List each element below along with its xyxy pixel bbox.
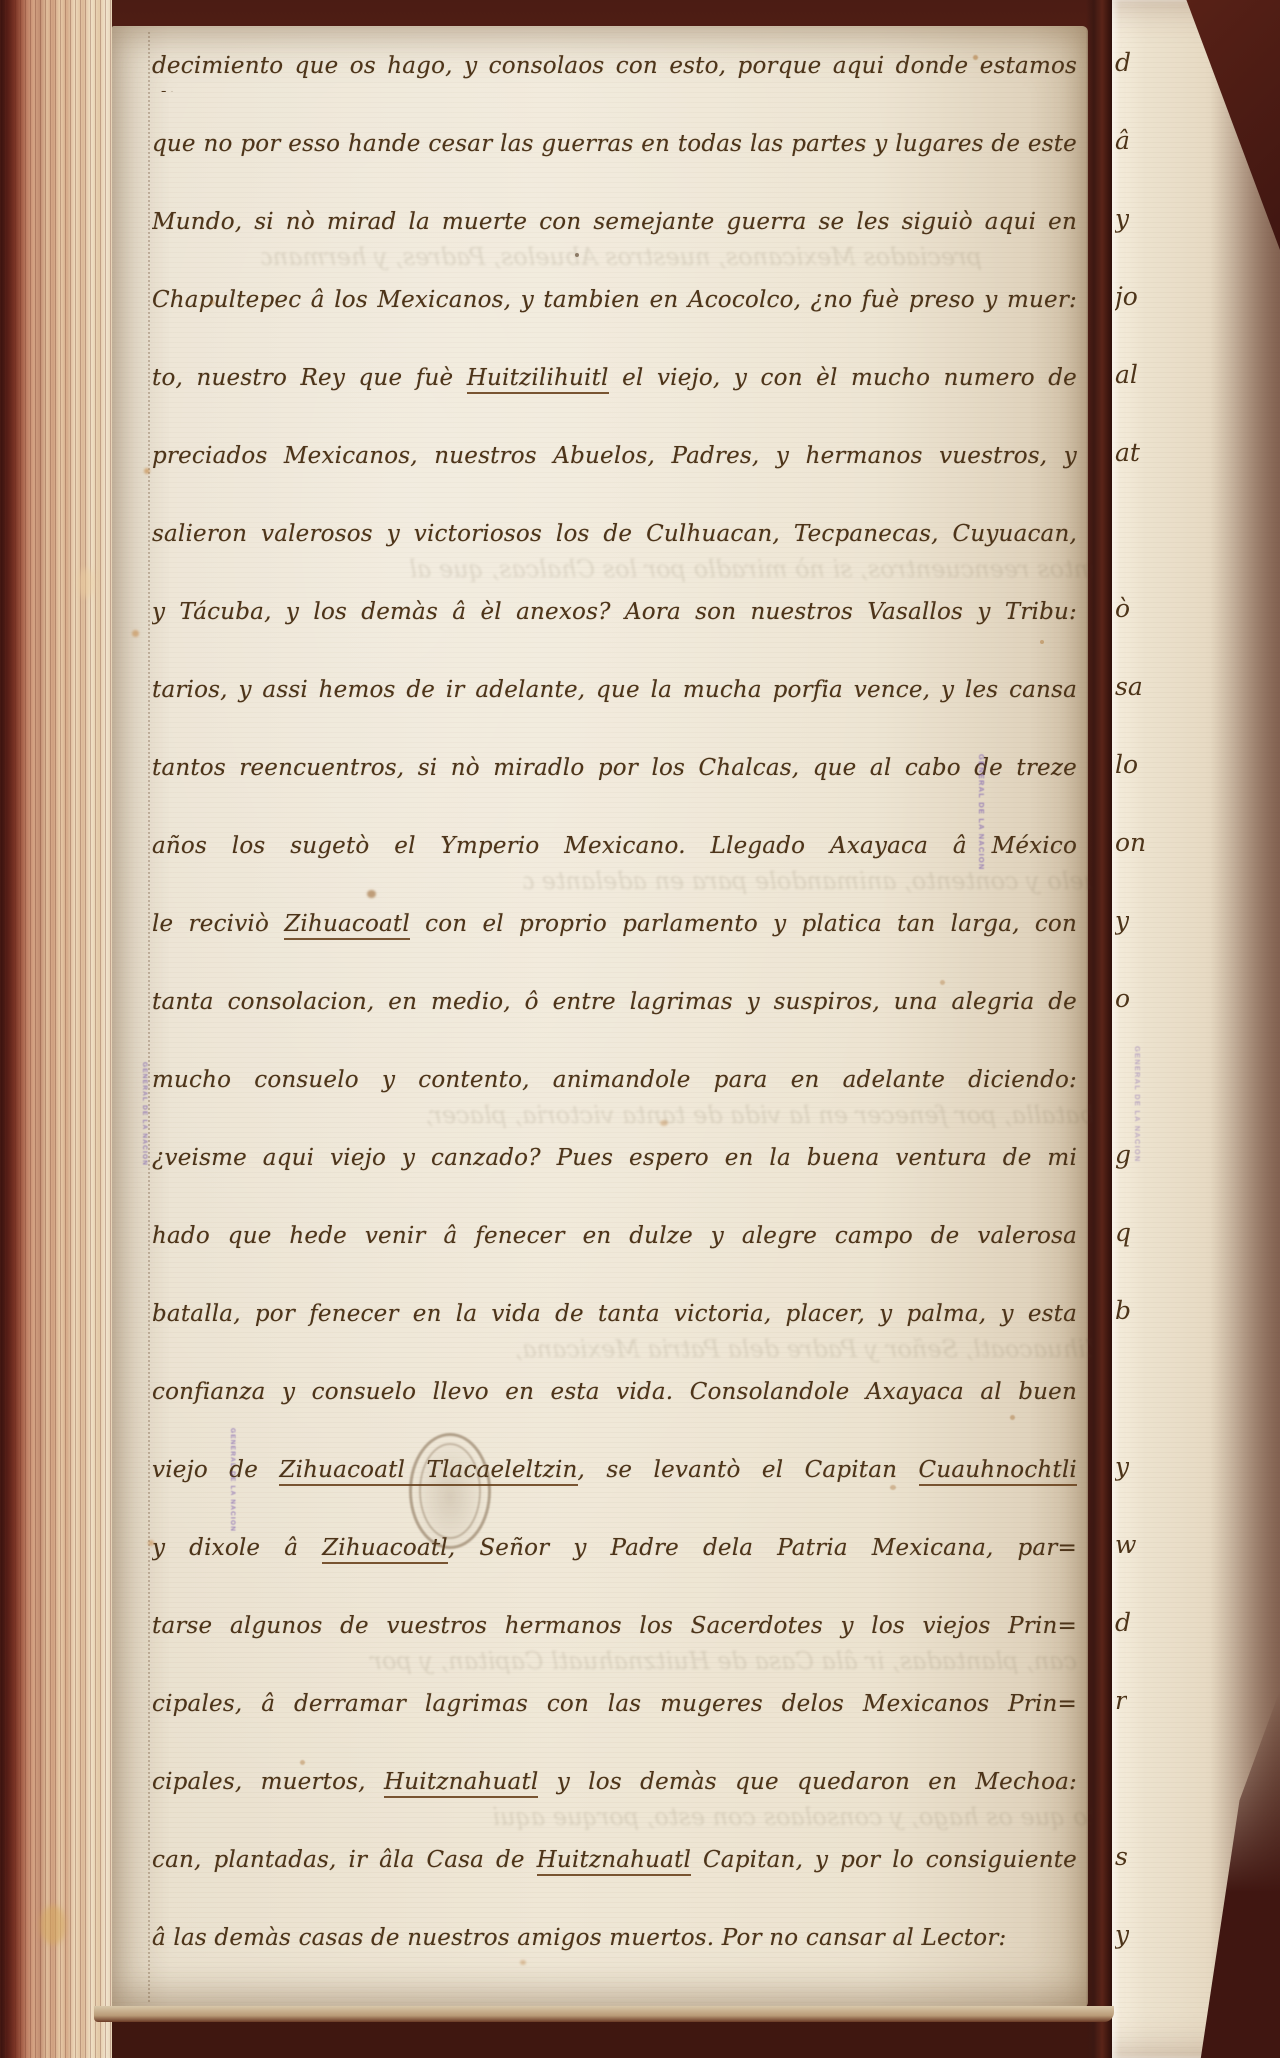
stamp-text: GENERAL DE LA NACION — [977, 754, 986, 871]
page-edge-stain — [40, 1905, 66, 1945]
next-page-line-fragment: lo — [1115, 750, 1138, 790]
ghost-text: can, plantadas, ir âla Casa de Huitznahu… — [357, 1646, 1077, 1680]
next-page-line-fragment: y — [1115, 1920, 1129, 1960]
next-page-line-fragment: ò — [1115, 594, 1130, 634]
next-page-line-fragment: s — [1115, 1842, 1128, 1882]
stamp-text: GENERAL DE LA NACION — [229, 1428, 236, 1532]
next-page-line-fragment: d — [1115, 48, 1131, 88]
manuscript-photo: { "page": { "description_label": "handwr… — [0, 0, 1280, 2058]
next-page-line-fragment: â — [1115, 126, 1130, 166]
ghost-text: preciados Mexicanos, nuestros Abuelos, P… — [262, 242, 982, 276]
manuscript-page: decimiento que os hago, y consolaos con … — [112, 26, 1088, 2008]
next-page-line-fragment: d — [1115, 1608, 1131, 1648]
next-page-line-fragment: b — [1115, 1296, 1131, 1336]
ghost-showthrough: preciados Mexicanos, nuestros Abuelos, P… — [112, 26, 1088, 2008]
next-page-line-fragment: o — [1115, 984, 1130, 1024]
next-page-line-fragment: al — [1115, 360, 1138, 400]
circular-ink-stamp — [409, 1433, 491, 1549]
page-edge-stain — [78, 568, 94, 598]
next-page-line-fragment: w — [1115, 1530, 1136, 1570]
next-page-line-fragment: r — [1115, 1686, 1127, 1726]
next-page-line-fragment: y — [1115, 204, 1129, 244]
purple-archive-stamp: GENERAL DE LA NACION — [229, 1428, 236, 1532]
next-page-line-fragment: on — [1115, 828, 1146, 868]
page-block-bottom-edge — [94, 2006, 1114, 2022]
next-page-line-fragment: y — [1115, 906, 1129, 946]
next-page-line-fragment: sa — [1115, 672, 1143, 712]
purple-archive-stamp: GENERAL DE LA NACION — [977, 754, 986, 871]
next-page-line-fragment: g — [1115, 1140, 1131, 1180]
next-page-line-fragment: q — [1115, 1218, 1131, 1258]
purple-archive-stamp: GENERAL DE LA NACION — [1133, 1046, 1142, 1163]
book-page-edges-left — [0, 0, 112, 2058]
next-page-line-fragment: y — [1115, 1452, 1129, 1492]
book-fold-gutter — [1086, 0, 1112, 2058]
ghost-text: tantos reencuentros, si nò miradlo por l… — [393, 554, 1113, 588]
stamp-text: GENERAL DE LA NACION — [141, 1062, 148, 1166]
next-page-edge: dâyjoalatòsaloonyogqbywdrsy GENERAL DE L… — [1112, 0, 1280, 2058]
next-page-line-fragment: at — [1115, 438, 1140, 478]
stamp-text: GENERAL DE LA NACION — [1133, 1046, 1142, 1163]
purple-archive-stamp: GENERAL DE LA NACION — [141, 1062, 148, 1166]
ghost-text: batalla, por fenecer en la vida de tanta… — [375, 1100, 1095, 1134]
next-page-line-fragment: jo — [1115, 282, 1138, 322]
